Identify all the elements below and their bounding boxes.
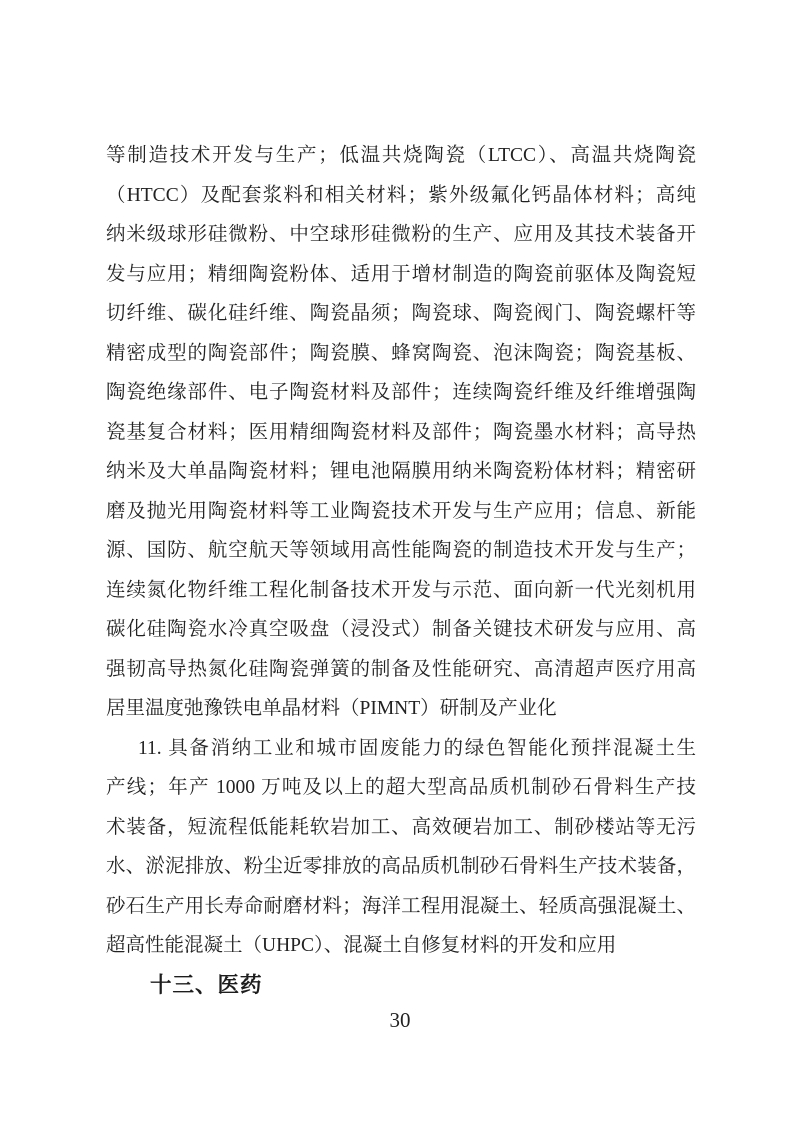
body-line: 术装备，短流程低能耗软岩加工、高效硬岩加工、制砂楼站等无污 [106, 808, 696, 848]
body-line: 产线；年产 1000 万吨及以上的超大型高品质机制砂石骨料生产技 [106, 768, 696, 808]
body-line: 瓷基复合材料；医用精细陶瓷材料及部件；陶瓷墨水材料；高导热 [106, 413, 696, 453]
body-line: 纳米及大单晶陶瓷材料；锂电池隔膜用纳米陶瓷粉体材料；精密研 [106, 452, 696, 492]
body-line: 发与应用；精细陶瓷粉体、适用于增材制造的陶瓷前驱体及陶瓷短 [106, 255, 696, 295]
body-line: 碳化硅陶瓷水冷真空吸盘（浸没式）制备关键技术研发与应用、高 [106, 610, 696, 650]
body-line: 切纤维、碳化硅纤维、陶瓷晶须；陶瓷球、陶瓷阀门、陶瓷螺杆等 [106, 294, 696, 334]
body-line: 连续氮化物纤维工程化制备技术开发与示范、面向新一代光刻机用 [106, 571, 696, 611]
document-page: 等制造技术开发与生产；低温共烧陶瓷（LTCC）、高温共烧陶瓷 （HTCC）及配套… [0, 0, 800, 1131]
body-line: 磨及抛光用陶瓷材料等工业陶瓷技术开发与生产应用；信息、新能 [106, 492, 696, 532]
page-number: 30 [0, 1006, 800, 1034]
body-line-item-11-start: 11. 具备消纳工业和城市固废能力的绿色智能化预拌混凝土生 [106, 729, 696, 769]
body-line-paragraph-end: 超高性能混凝土（UHPC）、混凝土自修复材料的开发和应用 [106, 926, 696, 966]
body-line: 砂石生产用长寿命耐磨材料；海洋工程用混凝土、轻质高强混凝土、 [106, 887, 696, 927]
body-line: （HTCC）及配套浆料和相关材料；紫外级氟化钙晶体材料；高纯 [106, 176, 696, 216]
body-line: 纳米级球形硅微粉、中空球形硅微粉的生产、应用及其技术装备开 [106, 215, 696, 255]
text-block: 等制造技术开发与生产；低温共烧陶瓷（LTCC）、高温共烧陶瓷 （HTCC）及配套… [106, 136, 696, 1005]
body-line: 陶瓷绝缘部件、电子陶瓷材料及部件；连续陶瓷纤维及纤维增强陶 [106, 373, 696, 413]
body-line: 源、国防、航空航天等领域用高性能陶瓷的制造技术开发与生产； [106, 531, 696, 571]
body-line: 强韧高导热氮化硅陶瓷弹簧的制备及性能研究、高清超声医疗用高 [106, 650, 696, 690]
body-line-paragraph-end: 居里温度弛豫铁电单晶材料（PIMNT）研制及产业化 [106, 689, 696, 729]
body-line: 精密成型的陶瓷部件；陶瓷膜、蜂窝陶瓷、泡沫陶瓷；陶瓷基板、 [106, 334, 696, 374]
section-heading: 十三、医药 [106, 966, 696, 1006]
body-line: 水、淤泥排放、粉尘近零排放的高品质机制砂石骨料生产技术装备， [106, 847, 696, 887]
body-line: 等制造技术开发与生产；低温共烧陶瓷（LTCC）、高温共烧陶瓷 [106, 136, 696, 176]
